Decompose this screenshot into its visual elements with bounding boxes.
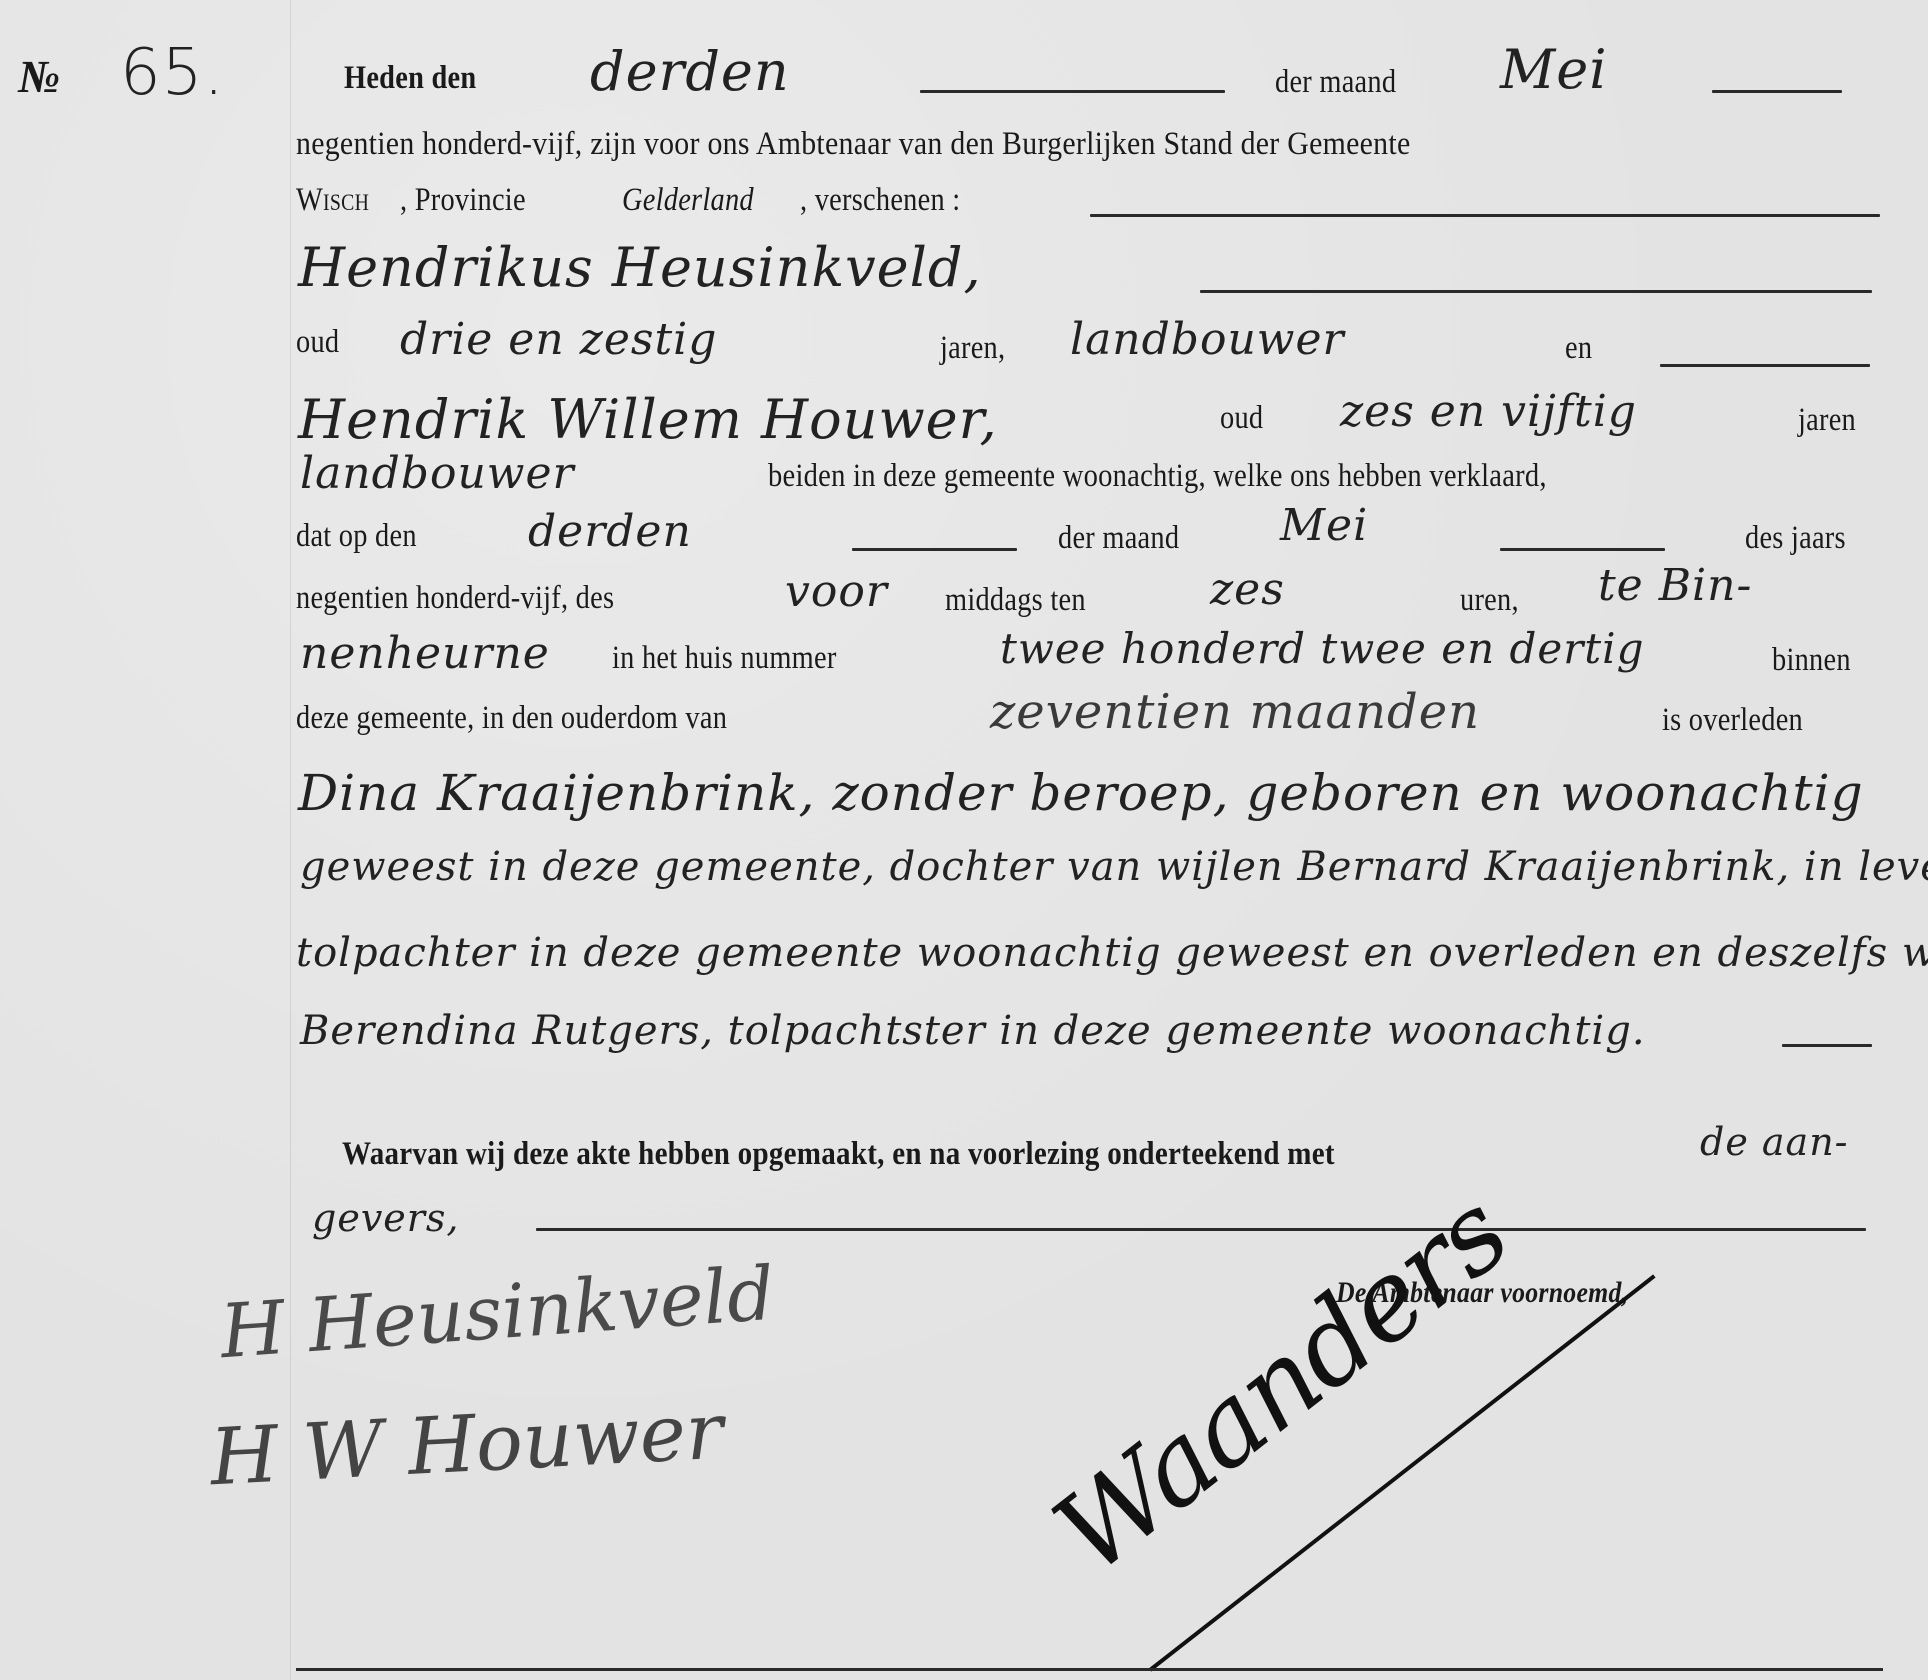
printed-line-2: negentien honderd-vijf, zijn voor ons Am…: [296, 126, 1410, 163]
printed-der-maand: der maand: [1275, 64, 1396, 101]
handwritten-death-month: Mei: [1280, 500, 1368, 551]
fill-rule: [1660, 364, 1870, 367]
handwritten-gevers: gevers,: [312, 1196, 460, 1240]
record-number: 65.: [120, 36, 225, 110]
handwritten-place-b: nenheurne: [300, 628, 550, 679]
printed-en: en: [1565, 330, 1592, 367]
printed-municipality: Wisch: [296, 182, 369, 219]
record-number-prefix: №: [18, 50, 60, 103]
bottom-rule: [296, 1668, 1883, 1671]
handwritten-age-deceased: zeventien maanden: [990, 684, 1480, 740]
printed-line-11: deze gemeente, in den ouderdom van: [296, 700, 727, 737]
fill-rule: [1090, 214, 1880, 217]
printed-verschenen: , verschenen :: [800, 182, 960, 219]
printed-closing-clause: Waarvan wij deze akte hebben opgemaakt, …: [342, 1136, 1335, 1173]
fill-rule: [1200, 290, 1872, 293]
handwritten-month: Mei: [1500, 38, 1608, 101]
handwritten-voor: voor: [785, 566, 888, 617]
printed-heden-den: Heden den: [344, 60, 476, 97]
fill-rule: [852, 548, 1017, 551]
handwritten-declarant-2: Hendrik Willem Houwer,: [298, 388, 998, 451]
handwritten-parents-a: geweest in deze gemeente, dochter van wi…: [300, 844, 1928, 890]
document-page: № 65. Heden den derden der maand Mei neg…: [0, 0, 1928, 1680]
fill-rule: [920, 90, 1225, 93]
printed-uren: uren,: [1460, 582, 1519, 619]
fill-rule: [1712, 90, 1842, 93]
printed-provincie: , Provincie: [400, 182, 526, 219]
signature-declarant-1: H Heusinkveld: [218, 1251, 777, 1375]
handwritten-death-day: derden: [528, 506, 692, 557]
printed-dat-op-den: dat op den: [296, 518, 417, 555]
handwritten-mother: Berendina Rutgers, tolpachtster in deze …: [300, 1008, 1646, 1054]
printed-jaren: jaren,: [940, 330, 1005, 367]
handwritten-deceased: Dina Kraaijenbrink, zonder beroep, gebor…: [298, 764, 1864, 822]
signature-official: Waanders: [1031, 1168, 1531, 1598]
fill-rule: [1782, 1044, 1872, 1047]
handwritten-de-aan: de aan-: [1700, 1120, 1849, 1164]
handwritten-house-number: twee honderd twee en dertig: [1000, 624, 1645, 673]
handwritten-occupation-2: landbouwer: [300, 448, 575, 499]
printed-middags-ten: middags ten: [945, 582, 1086, 619]
handwritten-place-a: te Bin-: [1598, 560, 1752, 611]
printed-oud: oud: [296, 324, 339, 361]
handwritten-age-1: drie en zestig: [400, 314, 717, 365]
printed-binnen: binnen: [1772, 642, 1851, 679]
printed-is-overleden: is overleden: [1662, 702, 1803, 739]
handwritten-declarant-1: Hendrikus Heusinkveld,: [298, 236, 982, 299]
printed-line-9a: negentien honderd-vijf, des: [296, 580, 614, 617]
printed-line-7: beiden in deze gemeente woonachtig, welk…: [768, 458, 1547, 495]
signature-declarant-2: H W Houwer: [208, 1387, 725, 1504]
fill-rule: [536, 1228, 1866, 1231]
printed-der-maand: der maand: [1058, 520, 1179, 557]
handwritten-day: derden: [590, 40, 790, 103]
handwritten-age-2: zes en vijftig: [1340, 386, 1637, 437]
printed-des-jaars: des jaars: [1745, 520, 1846, 557]
fill-rule: [1500, 548, 1665, 551]
handwritten-parents-b: tolpachter in deze gemeente woonachtig g…: [296, 930, 1928, 976]
handwritten-hour: zes: [1210, 564, 1285, 615]
printed-province-name: Gelderland: [622, 182, 754, 219]
printed-huis-nummer: in het huis nummer: [612, 640, 837, 677]
printed-jaren: jaren: [1798, 402, 1856, 439]
printed-oud: oud: [1220, 400, 1263, 437]
handwritten-occupation-1: landbouwer: [1070, 314, 1345, 365]
